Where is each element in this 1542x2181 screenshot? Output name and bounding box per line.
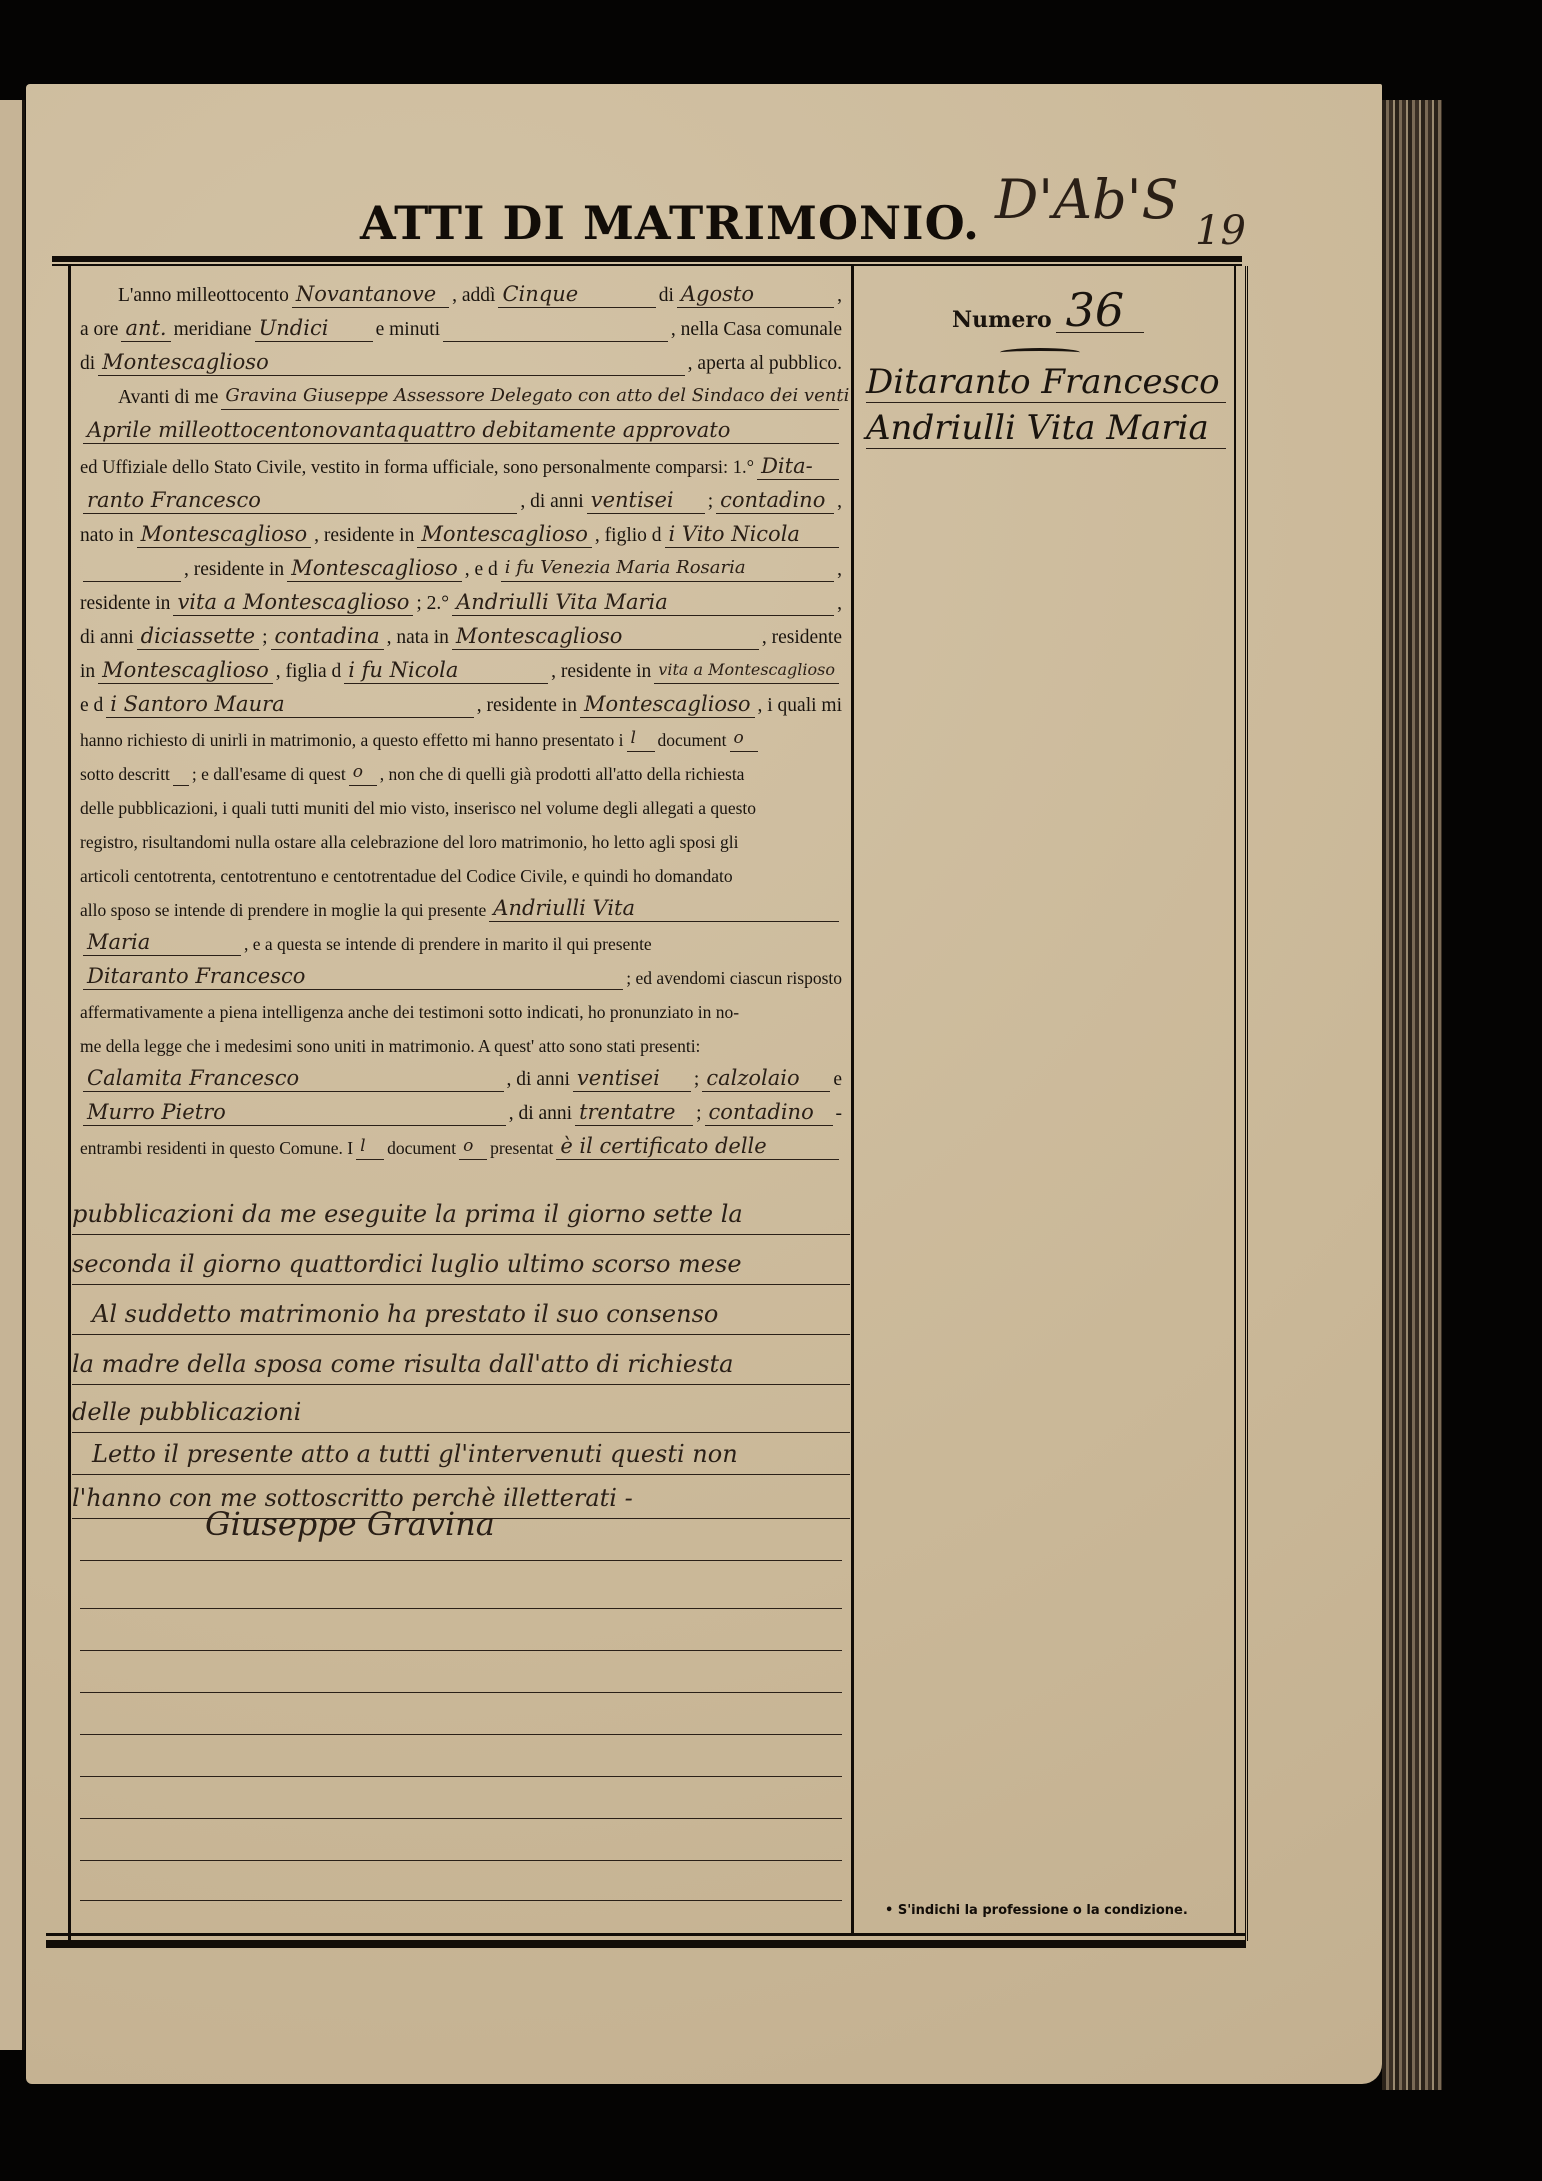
form-line-groom-parents: , residente in Montescaglioso , e d i fu… [80,548,842,582]
form-line-static-4: affermativamente a piena intelligenza an… [80,990,842,1024]
blank-line [80,1818,842,1819]
month-field: Agosto [677,281,834,308]
handwritten-reference: D'Ab'S [995,168,1179,231]
groom-mother-field: i fu Venezia Maria Rosaria [501,555,834,582]
form-line-town: di Montescaglioso , aperta al pubblico. [80,342,842,376]
page-number: 19 [1195,208,1246,254]
witness1-name-field: Calamita Francesco [83,1065,504,1092]
witness2-profession-field: contadino [705,1099,833,1126]
form-line-bride-mother: e d i Santoro Maura , residente in Monte… [80,684,842,718]
blank-line [80,1734,842,1735]
groom-consent-field: Ditaranto Francesco [83,963,623,990]
margin-bride-name: Andriulli Vita Maria [866,408,1226,449]
form-line-static-1: delle pubblicazioni, i quali tutti munit… [80,786,842,820]
handwritten-line-6: Letto il presente atto a tutti gl'interv… [72,1436,850,1475]
witness2-name-field: Murro Pietro [83,1099,506,1126]
handwritten-line-5: delle pubblicazioni [72,1394,850,1433]
form-line-bride-father: in Montescaglioso , figlia d i fu Nicola… [80,650,842,684]
frame-top-rule [52,256,1242,262]
column-divider [851,266,854,1934]
bride-name-field: Andriulli Vita Maria [452,589,834,616]
form-line-witness-2: Murro Pietro , di anni trentatre ; conta… [80,1092,842,1126]
blank-line [80,1560,842,1561]
form-line-witness-1: Calamita Francesco , di anni ventisei ; … [80,1058,842,1092]
bride-mother-field: i Santoro Maura [106,691,473,718]
groom-birthplace-field: Montescaglioso [137,521,312,548]
ante-post-field: ant. [121,315,170,342]
handwritten-line-3: Al suddetto matrimonio ha prestato il su… [72,1296,850,1335]
doc-count-field: l [627,725,655,752]
frame-right-inner-rule [1234,266,1236,1934]
mother-residence-field: vita a Montescaglioso [173,589,413,616]
form-line-bride-consent: allo sposo se intende di prendere in mog… [80,888,842,922]
frame-bottom-rule [46,1940,1246,1948]
groom-age-field: ventisei [587,487,705,514]
bride-consent-field: Andriulli Vita [489,895,839,922]
day-field: Cinque [498,281,655,308]
groom-profession-field: contadino [716,487,834,514]
witness1-profession-field: calzolaio [702,1065,830,1092]
handwritten-line-2: seconda il giorno quattordici luglio ult… [72,1246,850,1285]
blank-line [80,1860,842,1861]
margin-groom-name: Ditaranto Francesco [866,362,1226,403]
hour-field: Undici [255,315,373,342]
form-line-officer-cont: Aprile milleottocentonovantaquattro debi… [80,410,842,444]
groom-father-field: i Vito Nicola [665,521,839,548]
form-line-exam: sotto descritt ; e dall'esame di quest o… [80,752,842,786]
form-line-bride: residente in vita a Montescaglioso ; 2.°… [80,582,842,616]
witness2-age-field: trentatre [575,1099,693,1126]
witness1-age-field: ventisei [573,1065,691,1092]
blank-line [80,1608,842,1609]
officer-field-cont: Aprile milleottocentonovantaquattro debi… [83,417,839,444]
bride-father-field: i fu Nicola [344,657,548,684]
bride-consent-field-cont: Maria [83,929,241,956]
groom-surname-field: Dita- [757,453,839,480]
form-line-time: a ore ant. meridiane Undici e minuti , n… [80,308,842,342]
bride-birthplace-field: Montescaglioso [452,623,759,650]
groom-name-field: ranto Francesco [83,487,517,514]
officer-field: Gravina Giuseppe Assessore Delegato con … [221,383,839,410]
numero-label: Numero [952,307,1052,333]
form-line-documents-presented: entrambi residenti in questo Comune. I l… [80,1126,842,1160]
form-line-static-5: me della legge che i medesimi sono uniti… [80,1024,842,1058]
annotation-field: è il certificato delle [556,1133,839,1160]
groom-residence-field: Montescaglioso [417,521,592,548]
form-line-date: L'anno milleottocento Novantanove , addì… [80,274,842,308]
facing-page-edge [0,100,25,2050]
officer-signature: Giuseppe Gravina [205,1505,495,1543]
form-line-static-3: articoli centotrenta, centotrentuno e ce… [80,854,842,888]
blank-line [80,1692,842,1693]
numero-value: 36 [1056,288,1145,333]
form-line-officer: Avanti di me Gravina Giuseppe Assessore … [80,376,842,410]
blank-line [80,1776,842,1777]
bride-residence-field: Montescaglioso [98,657,273,684]
register-title: ATTI DI MATRIMONIO. [360,196,980,250]
town-field: Montescaglioso [98,349,685,376]
frame-bottom-rule-thin [46,1933,1246,1936]
doc-suffix-field: o [730,725,758,752]
form-line-groom-name: Ditaranto Francesco ; ed avendomi ciascu… [80,956,842,990]
handwritten-line-4: la madre della sposa come risulta dall'a… [72,1346,850,1385]
bride-age-field: diciassette [137,623,259,650]
form-line-groom-birth: nato in Montescaglioso , residente in Mo… [80,514,842,548]
form-line-groom-consent: Maria , e a questa se intende di prender… [80,922,842,956]
blank-line [80,1900,842,1901]
form-line-static-2: registro, risultandomi nulla ostare alla… [80,820,842,854]
handwritten-line-1: pubblicazioni da me eseguite la prima il… [72,1196,850,1235]
form-line-documents: hanno richiesto di unirli in matrimonio,… [80,718,842,752]
flourish-ornament [1000,348,1080,357]
father-residence-field: Montescaglioso [287,555,462,582]
form-line-comparsi: ed Uffiziale dello Stato Civile, vestito… [80,446,842,480]
bride-father-residence-field: vita a Montescaglioso [654,657,839,684]
year-field: Novantanove [292,281,449,308]
act-number: Numero 36 [952,288,1144,333]
bride-profession-field: contadina [271,623,384,650]
form-line-groom: ranto Francesco , di anni ventisei ; con… [80,480,842,514]
blank-line [80,1650,842,1651]
book-page-edges [1382,100,1442,2090]
bride-mother-residence-field: Montescaglioso [580,691,755,718]
form-line-bride-details: di anni diciassette ; contadina , nata i… [80,616,842,650]
footnote: • S'indichi la professione o la condizio… [885,1903,1188,1918]
